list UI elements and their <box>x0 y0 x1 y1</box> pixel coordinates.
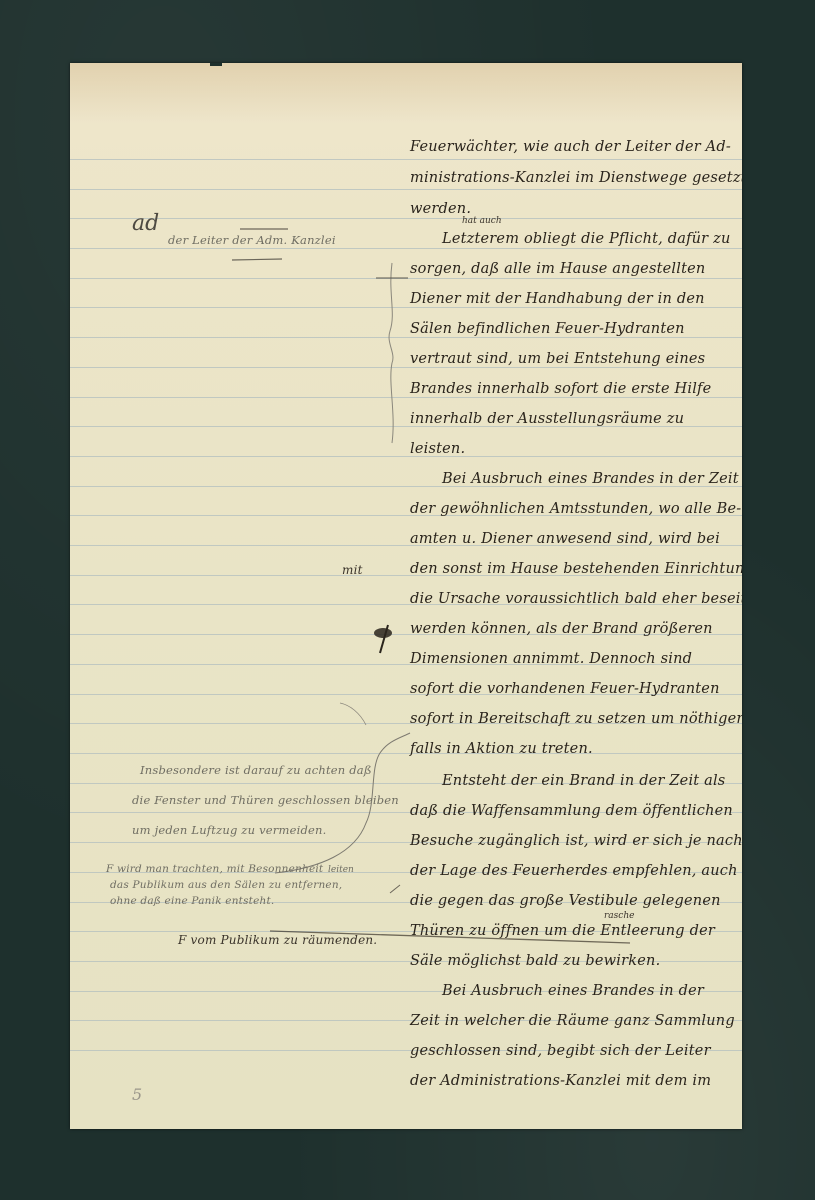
margin-note: F wird man trachten, mit Besonnenheit <box>106 863 323 875</box>
page-mark: 5 <box>132 1085 142 1104</box>
text-line: Feuerwächter, wie auch der Leiter der Ad… <box>410 139 735 155</box>
margin-note: Insbesondere ist darauf zu achten daß <box>140 763 372 777</box>
margin-insertion: leiten <box>328 865 354 875</box>
text-line: Dimensionen annimmt. Dennoch sind <box>410 651 735 667</box>
text-line: Thüren zu öffnen um die Entleerung der <box>410 923 735 939</box>
text-line: Bei Ausbruch eines Brandes in der <box>410 983 742 999</box>
text-line: Besuche zugänglich ist, wird er sich je … <box>410 833 735 849</box>
text-line: die gegen das große Vestibule gelegenen <box>410 893 735 909</box>
text-line: geschlossen sind, begibt sich der Leiter <box>410 1043 735 1059</box>
text-line: werden. <box>410 201 735 217</box>
text-line: der Administrations-Kanzlei mit dem im <box>410 1073 735 1089</box>
text-line: Säle möglichst bald zu bewirken. <box>410 953 735 969</box>
margin-note: um jeden Luftzug zu vermeiden. <box>132 823 327 837</box>
text-line: der gewöhnlichen Amtsstunden, wo alle Be… <box>410 501 735 517</box>
text-line: vertraut sind, um bei Entstehung eines <box>410 351 735 367</box>
margin-note: das Publikum aus den Sälen zu entfernen, <box>110 879 342 891</box>
text-line: werden können, als der Brand größeren <box>410 621 735 637</box>
text-line: die Ursache voraussichtlich bald eher be… <box>410 591 735 607</box>
margin-note: mit <box>342 563 363 577</box>
text-line: sofort in Bereitschaft zu setzen um nöth… <box>410 711 735 727</box>
text-line: den sonst im Hause bestehenden Einrichtu… <box>410 561 735 577</box>
insertion-note: rasche <box>604 911 634 921</box>
ad-mark: ad <box>132 211 159 236</box>
text-line: falls in Aktion zu treten. <box>410 741 735 757</box>
text-line: sofort die vorhandenen Feuer-Hydranten <box>410 681 735 697</box>
margin-note: ohne daß eine Panik entsteht. <box>110 895 274 907</box>
manuscript-page: Feuerwächter, wie auch der Leiter der Ad… <box>70 63 742 1129</box>
text-line: Entsteht der ein Brand in der Zeit als <box>410 773 742 789</box>
insertion-note: hat auch <box>462 216 502 226</box>
text-line: sorgen, daß alle im Hause angestellten <box>410 261 735 277</box>
text-line: innerhalb der Ausstellungsräume zu <box>410 411 735 427</box>
text-line: leisten. <box>410 441 735 457</box>
text-line: Brandes innerhalb sofort die erste Hilfe <box>410 381 735 397</box>
margin-note: der Leiter der Adm. Kanzlei <box>168 233 336 247</box>
text-line: amten u. Diener anwesend sind, wird bei <box>410 531 735 547</box>
text-line: Sälen befindlichen Feuer-Hydranten <box>410 321 735 337</box>
text-line: Bei Ausbruch eines Brandes in der Zeit <box>410 471 742 487</box>
text-line: der Lage des Feuerherdes empfehlen, auch <box>410 863 735 879</box>
text-line: Diener mit der Handhabung der in den <box>410 291 735 307</box>
text-line: Zeit in welcher die Räume ganz Sammlung <box>410 1013 735 1029</box>
margin-note: die Fenster und Thüren geschlossen bleib… <box>132 793 399 807</box>
text-line: Letzterem obliegt die Pflicht, dafür zu <box>410 231 742 247</box>
text-line: daß die Waffensammlung dem öffentlichen <box>410 803 735 819</box>
text-line: ministrations-Kanzlei im Dienstwege gese… <box>410 170 735 186</box>
margin-note: F vom Publikum zu räumenden. <box>178 933 377 947</box>
